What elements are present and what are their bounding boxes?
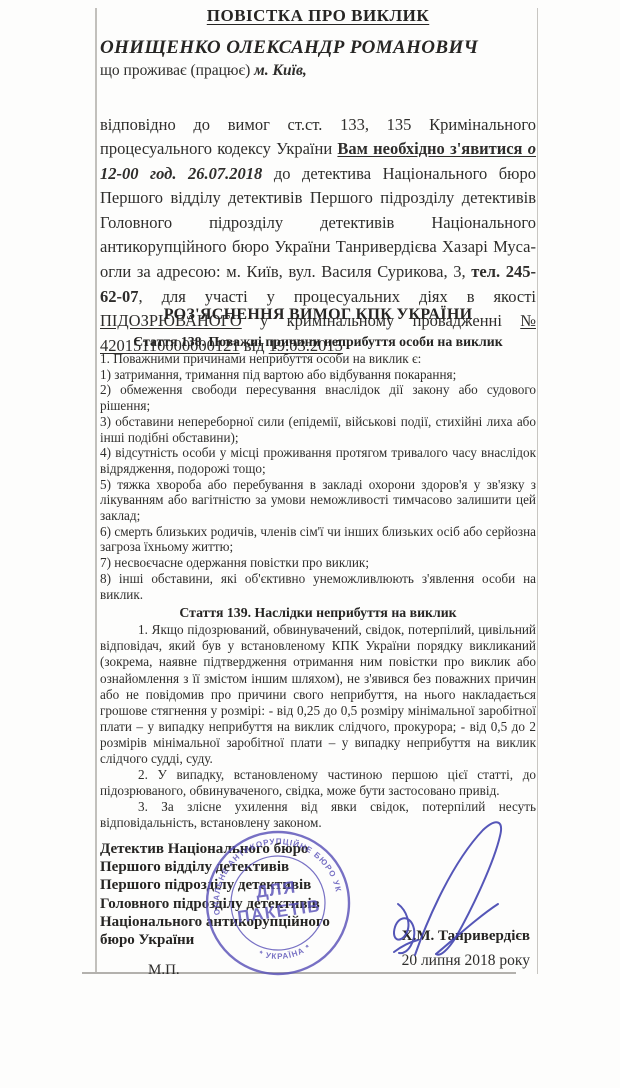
scanned-summons-document: ПОВІСТКА ПРО ВИКЛИК ОНИЩЕНКО ОЛЕКСАНДР Р… bbox=[0, 0, 620, 1088]
residence-line: що проживає (працює) м. Київ, bbox=[100, 62, 536, 80]
document-header: ПОВІСТКА ПРО ВИКЛИК ОНИЩЕНКО ОЛЕКСАНДР Р… bbox=[100, 6, 536, 80]
article-138-item: 1. Поважними причинами неприбуття особи … bbox=[100, 351, 536, 367]
article-138-item: 1) затримання, тримання під вартою або в… bbox=[100, 367, 536, 383]
document-title: ПОВІСТКА ПРО ВИКЛИК bbox=[100, 6, 536, 26]
page-frame-line-right bbox=[537, 8, 538, 974]
residence-value: м. Київ, bbox=[254, 62, 307, 79]
article-139-paragraph: 1. Якщо підозрюваний, обвинувачений, сві… bbox=[100, 622, 536, 767]
article-138-item: 7) несвоєчасне одержання повістки про ви… bbox=[100, 555, 536, 571]
article-138-heading: Стаття 138. Поважні причини неприбуття о… bbox=[100, 334, 536, 350]
official-stamp: НАЦІОНАЛЬНЕ АНТИКОРУПЦІЙНЕ БЮРО УКРАЇНИ … bbox=[198, 823, 358, 983]
explanation-heading: РОЗ'ЯСНЕННЯ ВИМОГ КПК УКРАЇНИ bbox=[100, 306, 536, 324]
stamp-center-text: ДЛЯ bbox=[255, 877, 298, 901]
article-138-item: 4) відсутність особи у місці проживання … bbox=[100, 445, 536, 476]
signature-ink bbox=[378, 812, 528, 967]
stamp-ring-text-bottom: * УКРАЇНА * bbox=[257, 942, 314, 965]
recipient-name: ОНИЩЕНКО ОЛЕКСАНДР РОМАНОВИЧ bbox=[100, 37, 536, 59]
stamp-center-text: ПАКЕТІВ bbox=[236, 896, 322, 927]
residence-label: що проживає (працює) bbox=[100, 62, 254, 79]
article-139-heading: Стаття 139. Наслідки неприбуття на викли… bbox=[100, 605, 536, 621]
article-138-item: 8) інші обставини, які об'єктивно унемож… bbox=[100, 571, 536, 602]
appearance-datetime: 12-00 год. 26.07.2018 bbox=[100, 164, 262, 183]
explanation-section: РОЗ'ЯСНЕННЯ ВИМОГ КПК УКРАЇНИ Стаття 138… bbox=[100, 306, 536, 831]
article-138-item: 6) смерть близьких родичів, членів сім'ї… bbox=[100, 524, 536, 555]
article-139-paragraph: 2. У випадку, встановленому частиною пер… bbox=[100, 767, 536, 799]
article-138-item: 5) тяжка хвороба або перебування в закла… bbox=[100, 477, 536, 524]
article-138-item: 3) обставини непереборної сили (епідемії… bbox=[100, 414, 536, 445]
article-138-item: 2) обмеження свободи пересування внаслід… bbox=[100, 382, 536, 413]
appearance-time-prefix: о bbox=[523, 139, 537, 158]
summons-text: , для участі у процесуальних діях в якос… bbox=[139, 287, 537, 306]
appearance-requirement: Вам необхідно з'явитися bbox=[337, 139, 522, 158]
page-frame-line-left bbox=[95, 8, 97, 974]
